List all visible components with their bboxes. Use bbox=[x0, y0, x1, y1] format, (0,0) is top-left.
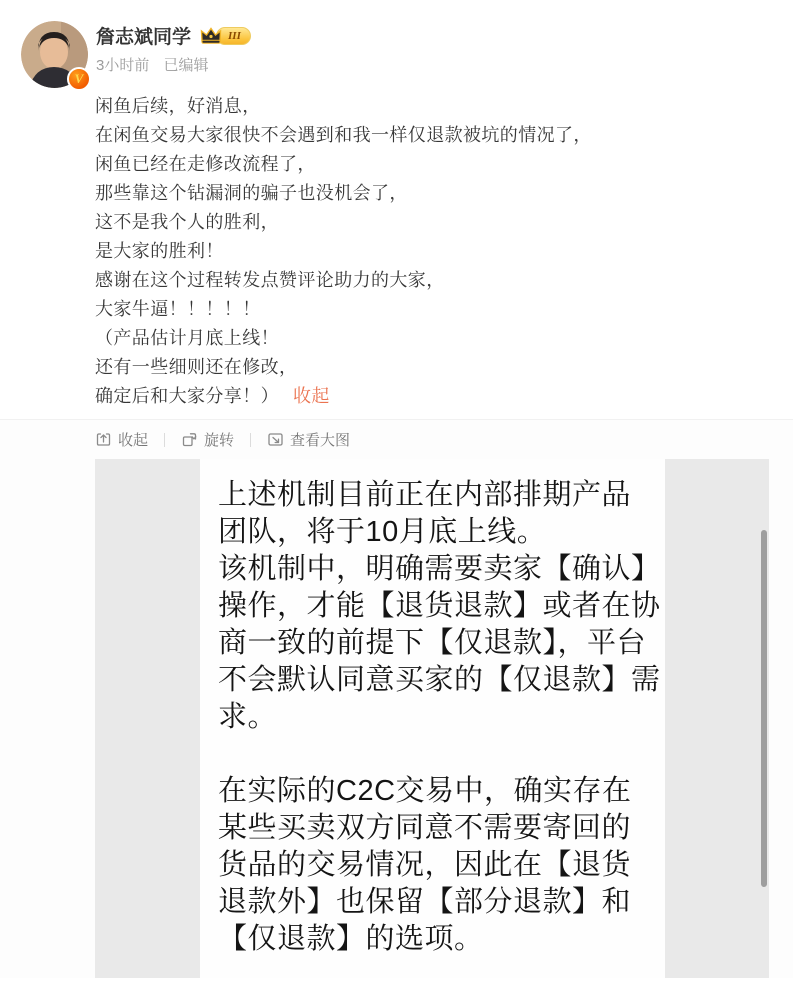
post-collapse-link[interactable]: 收起 bbox=[293, 386, 330, 406]
image-text: 上述机制目前正在内部排期产品 团队，将于10月底上线。 该机制中，明确需要卖家【… bbox=[200, 459, 665, 978]
post-text-line: 闲鱼后续，好消息， bbox=[95, 92, 733, 121]
image-text-line: 某些买卖双方同意不需要寄回的 bbox=[218, 810, 649, 847]
image-text-line: 操作，才能【退货退款】或者在协 bbox=[218, 588, 649, 625]
post-text-line: 还有一些细则还在修改， bbox=[95, 353, 733, 382]
media-section: 收起 旋转 查看大图 上述机制目前正在内部排期产品 团队，将于10月底上线。 该 bbox=[0, 419, 793, 978]
username[interactable]: 詹志斌同学 bbox=[96, 22, 191, 49]
image-scrollbar[interactable] bbox=[761, 530, 767, 887]
image-text-line: 【仅退款】的选项。 bbox=[218, 921, 649, 958]
view-large-label: 查看大图 bbox=[290, 429, 350, 450]
collapse-label: 收起 bbox=[118, 429, 148, 450]
view-large-icon bbox=[267, 431, 284, 448]
image-text-line: 商一致的前提下【仅退款】，平台 bbox=[218, 625, 649, 662]
image-text-line: 退款外】也保留【部分退款】和 bbox=[218, 884, 649, 921]
avatar[interactable]: V bbox=[21, 21, 88, 88]
view-large-image-button[interactable]: 查看大图 bbox=[267, 429, 350, 450]
post-text-line: （产品估计月底上线！ bbox=[95, 324, 733, 353]
toolbar-divider bbox=[164, 433, 165, 447]
timestamp[interactable]: 3小时前 bbox=[96, 57, 149, 74]
image-text-line bbox=[218, 736, 649, 773]
post-header: V 詹志斌同学 III 3小时前 已编辑 bbox=[0, 0, 793, 92]
image-text-line: 团队，将于10月底上线。 bbox=[218, 514, 649, 551]
post-text-line: 闲鱼已经在走修改流程了， bbox=[95, 150, 733, 179]
collapse-icon bbox=[95, 431, 112, 448]
rotate-image-button[interactable]: 旋转 bbox=[181, 429, 234, 450]
vip-badge[interactable]: III bbox=[200, 26, 251, 45]
post-text-line: 大家牛逼！！！！！ bbox=[95, 295, 733, 324]
post-text: 闲鱼后续，好消息， 在闲鱼交易大家很快不会遇到和我一样仅退款被坑的情况了， 闲鱼… bbox=[0, 92, 793, 411]
edited-label: 已编辑 bbox=[164, 57, 209, 74]
rotate-label: 旋转 bbox=[204, 429, 234, 450]
image-toolbar: 收起 旋转 查看大图 bbox=[0, 420, 793, 459]
verified-v-badge: V bbox=[67, 67, 91, 91]
post-text-line: 在闲鱼交易大家很快不会遇到和我一样仅退款被坑的情况了， bbox=[95, 121, 733, 150]
image-text-line: 求。 bbox=[218, 699, 649, 736]
post-text-line: 感谢在这个过程转发点赞评论助力的大家， bbox=[95, 266, 733, 295]
post-text-line: 这不是我个人的胜利， bbox=[95, 208, 733, 237]
post-text-line: 确定后和大家分享！）收起 bbox=[95, 382, 733, 411]
image-gray-margin-left bbox=[95, 459, 200, 978]
post-last-line: 确定后和大家分享！） bbox=[95, 386, 279, 406]
rotate-icon bbox=[181, 431, 198, 448]
collapse-image-button[interactable]: 收起 bbox=[95, 429, 148, 450]
expanded-image[interactable]: 上述机制目前正在内部排期产品 团队，将于10月底上线。 该机制中，明确需要卖家【… bbox=[95, 459, 769, 978]
post-text-line: 那些靠这个钻漏洞的骗子也没机会了， bbox=[95, 179, 733, 208]
image-gray-margin-right bbox=[665, 459, 769, 978]
image-text-line: 该机制中，明确需要卖家【确认】 bbox=[218, 551, 649, 588]
image-text-line: 不会默认同意买家的【仅退款】需 bbox=[218, 662, 649, 699]
post-text-line: 是大家的胜利！ bbox=[95, 237, 733, 266]
image-text-line: 在实际的C2C交易中，确实存在 bbox=[218, 773, 649, 810]
image-text-line: 上述机制目前正在内部排期产品 bbox=[218, 477, 649, 514]
image-text-line: 货品的交易情况，因此在【退货 bbox=[218, 847, 649, 884]
vip-crown-icon bbox=[200, 26, 222, 45]
toolbar-divider bbox=[250, 433, 251, 447]
